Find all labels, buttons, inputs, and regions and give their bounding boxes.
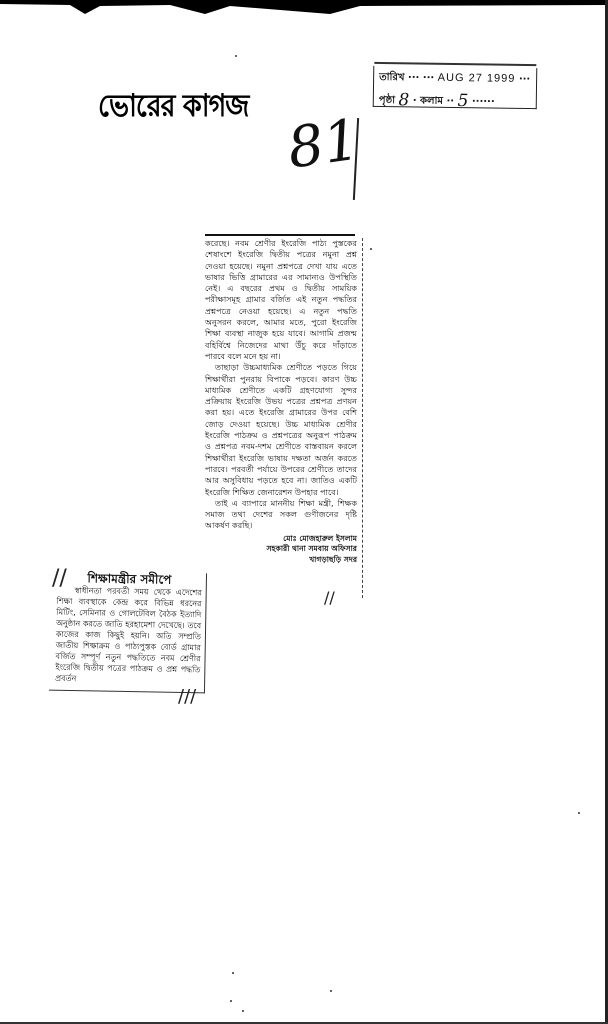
stamp-page-label: পৃষ্ঠা: [379, 95, 395, 106]
scan-speck: [370, 248, 372, 250]
scan-speck: [242, 1010, 244, 1012]
stamp-column-value: 5: [457, 91, 468, 111]
article-paragraph: তাই এ ব্যাপারে মাননীয় শিক্ষা মন্ত্রী, শ…: [205, 498, 357, 532]
scan-speck: [235, 55, 237, 57]
signature-title: সহকারী থানা সমবায় অফিসার: [205, 544, 357, 555]
stamp-date-row: তারিখ ··· ··· AUG 27 1999 ···: [379, 70, 530, 89]
stamp-page-row: পৃষ্ঠা 8 · কলাম ·· 5 ······: [379, 88, 495, 112]
scan-speck: [230, 1000, 232, 1002]
stamp-page-value: 8: [398, 90, 409, 110]
scan-speck: [578, 812, 580, 814]
clipping-body: স্বাধীনতা পরবর্তী সময় থেকে এদেশের শিক্ষ…: [55, 585, 202, 687]
scan-speck: [232, 972, 234, 974]
letter-article-column: করেছে। নবম শ্রেণীর ইংরেজি পাঠ্য পুস্তকের…: [205, 238, 357, 565]
signature-name: মোঃ মোজহারুল ইসলাম: [205, 534, 357, 545]
article-paragraph: তাছাড়া উচ্চমাধ্যমিক শ্রেণীতে পড়তে গিয়…: [205, 362, 357, 498]
handwritten-number-text: 81: [284, 107, 364, 181]
article-paragraph: করেছে। নবম শ্রেণীর ইংরেজি পাঠ্য পুস্তকের…: [205, 238, 357, 362]
signature-location: খাগড়াছড়ি সদর: [205, 555, 357, 566]
scissor-mark: //: [324, 588, 335, 607]
scissor-mark: //: [52, 566, 67, 591]
letter-clipping-start: শিক্ষামন্ত্রীর সমীপে স্বাধীনতা পরবর্তী স…: [49, 571, 207, 694]
stamp-top-rule: [374, 62, 536, 66]
archive-stamp: তারিখ ··· ··· AUG 27 1999 ··· পৃষ্ঠা 8 ·…: [373, 66, 538, 109]
scan-speck: [330, 990, 332, 992]
handwritten-number: 81: [284, 107, 364, 181]
scissor-mark: ///: [178, 686, 196, 707]
newspaper-masthead: ভোরের কাগজ: [98, 83, 248, 135]
stamp-date-label: তারিখ: [379, 72, 404, 83]
article-top-rule: [205, 234, 355, 236]
scan-top-border: [0, 0, 608, 14]
article-right-rule: [361, 238, 363, 598]
stamp-column-label: কলাম: [420, 96, 443, 107]
article-signature: মোঃ মোজহারুল ইসলাম সহকারী থানা সমবায় অফ…: [205, 534, 357, 566]
stamp-date-value: AUG 27 1999: [438, 72, 516, 85]
